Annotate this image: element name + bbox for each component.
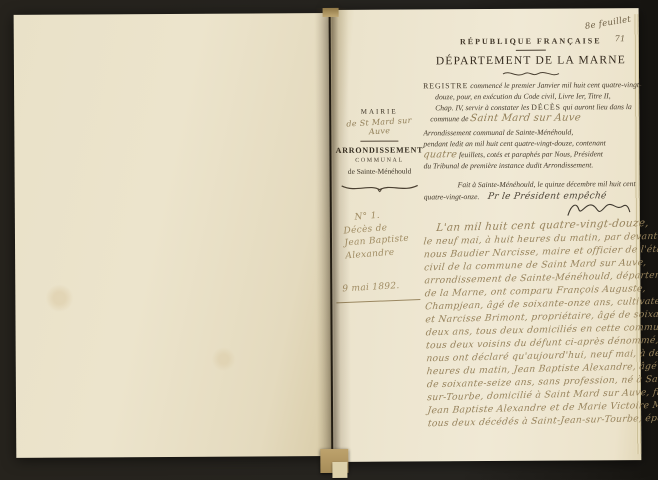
deces-word: DÉCÈS: [531, 103, 561, 112]
feuillets-count-handwritten: quatre: [423, 149, 458, 160]
registre-word: REGISTRE: [423, 81, 468, 90]
arrondissement-commune: de Sainte-Ménéhould: [336, 166, 424, 176]
republique-rule: [516, 50, 546, 51]
margin-column: MAIRIE de St Mard sur Auve ARRONDISSEMEN…: [335, 107, 424, 194]
departement-ornament: [502, 70, 560, 78]
mairie-commune-handwritten: de St Mard sur Auve: [335, 115, 424, 138]
binding-top-notch: [323, 8, 339, 17]
act-title-lines: Décès deJean BaptisteAlexandre: [335, 219, 428, 263]
mairie-rule: [360, 141, 398, 142]
scan-background: 8e feuillet 71 RÉPUBLIQUE FRANÇAISE DÉPA…: [0, 0, 658, 480]
margin-brace-ornament: [340, 181, 420, 193]
arrondissement-label: ARRONDISSEMENT: [335, 145, 423, 155]
margin-act-notes: N° 1. Décès deJean BaptisteAlexandre: [334, 206, 428, 263]
register-preamble: REGISTRE commencé le premier Janvier mil…: [423, 79, 642, 171]
commune-handwritten: Saint Mard sur Auve: [470, 112, 582, 124]
mairie-label: MAIRIE: [335, 107, 423, 116]
communal-label: COMMUNAL: [335, 157, 423, 164]
president-signature: [566, 199, 632, 219]
republique-title: RÉPUBLIQUE FRANÇAISE: [423, 36, 639, 46]
left-page-blank: [14, 13, 332, 458]
register-book: 8e feuillet 71 RÉPUBLIQUE FRANÇAISE DÉPA…: [0, 0, 658, 480]
binding-square: [332, 462, 347, 478]
departement-title: DÉPARTEMENT DE LA MARNE: [423, 54, 639, 67]
death-act-text: L'an mil huit cent quatre-vingt-douze,le…: [423, 217, 646, 430]
